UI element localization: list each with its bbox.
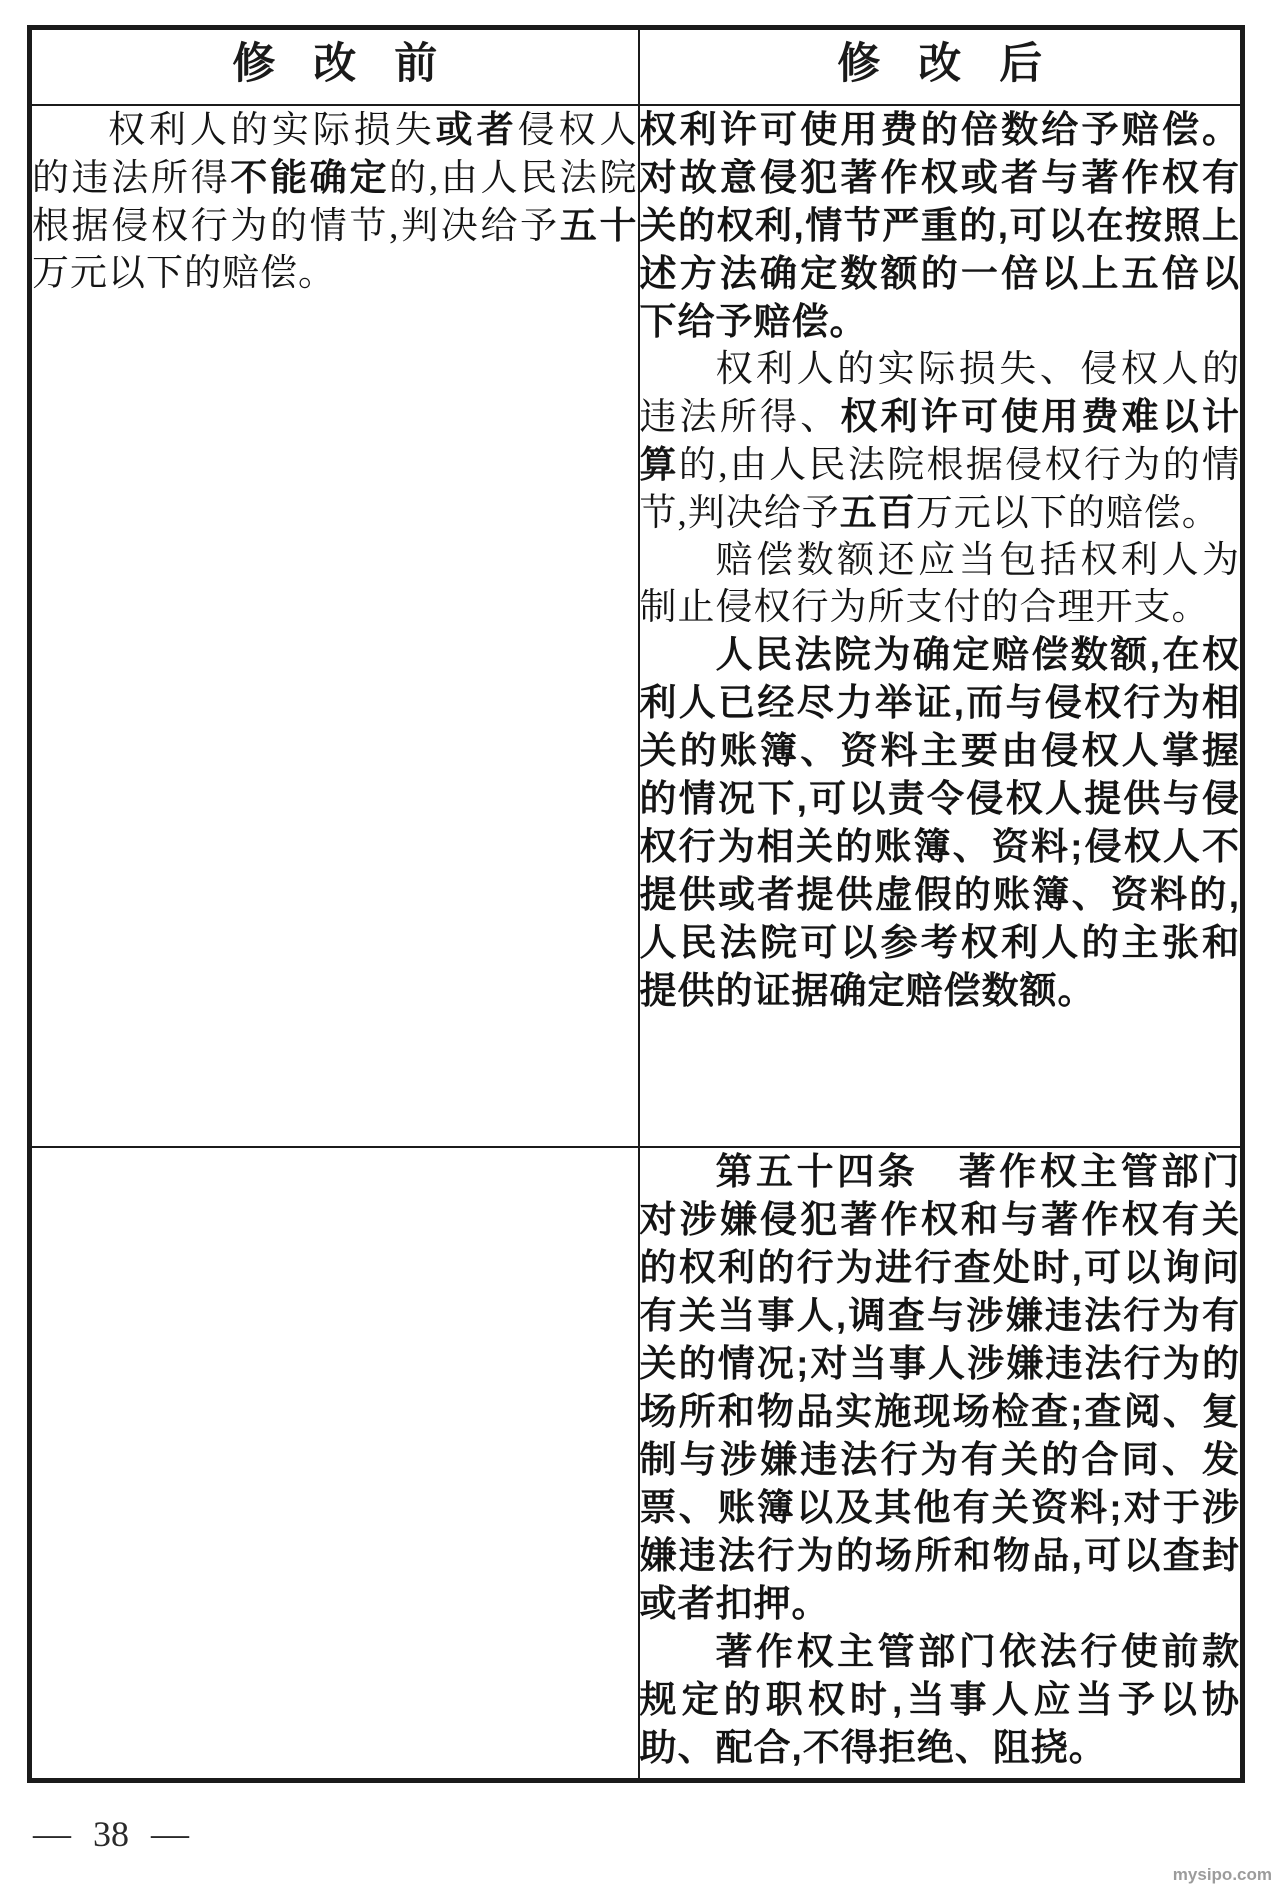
cell-after-row1: 权利许可使用费的倍数给予赔偿。对故意侵犯著作权或者与著作权有关的权利,情节严重的… bbox=[639, 105, 1243, 1147]
column-header-after-label: 修改后 bbox=[799, 40, 1080, 88]
watermark-text: mysipo.com bbox=[1173, 1865, 1272, 1885]
amendment-comparison-table: 修改前 修改后 权利人的实际损失或者侵权人的违法所得不能确定的,由人民法院根据侵… bbox=[27, 25, 1245, 1783]
paragraph: 赔偿数额还应当包括权利人为制止侵权行为所支付的合理开支。 bbox=[640, 537, 1241, 631]
paragraph: 权利人的实际损失或者侵权人的违法所得不能确定的,由人民法院根据侵权行为的情节,判… bbox=[32, 106, 638, 297]
page-number: 38 bbox=[93, 1813, 129, 1855]
table-row-1: 权利人的实际损失或者侵权人的违法所得不能确定的,由人民法院根据侵权行为的情节,判… bbox=[30, 105, 1243, 1147]
text-segment-bold: 人民法院为确定赔偿数额,在权利人已经尽力举证,而与侵权行为相关的账簿、资料主要由… bbox=[640, 634, 1241, 1011]
column-header-after: 修改后 bbox=[639, 28, 1243, 106]
footer-left-dash: — bbox=[33, 1812, 71, 1856]
text-segment-bold: 或者 bbox=[436, 109, 518, 150]
text-segment-bold: 五十 bbox=[560, 205, 638, 246]
cell-after-row2: 第五十四条 著作权主管部门对涉嫌侵犯著作权和与著作权有关的权利的行为进行查处时,… bbox=[639, 1147, 1243, 1781]
text-segment-bold: 权利许可使用费的倍数给予赔偿。对故意侵犯著作权或者与著作权有关的权利,情节严重的… bbox=[640, 109, 1241, 342]
text-segment-bold: 五百 bbox=[840, 492, 916, 533]
footer-right-dash: — bbox=[151, 1812, 189, 1856]
column-header-before: 修改前 bbox=[30, 28, 639, 106]
page-footer: — 38 — bbox=[33, 1812, 189, 1856]
paragraph: 著作权主管部门依法行使前款规定的职权时,当事人应当予以协助、配合,不得拒绝、阻挠… bbox=[640, 1628, 1241, 1772]
paragraph: 权利许可使用费的倍数给予赔偿。对故意侵犯著作权或者与著作权有关的权利,情节严重的… bbox=[640, 106, 1241, 346]
paragraph: 权利人的实际损失、侵权人的违法所得、权利许可使用费难以计算的,由人民法院根据侵权… bbox=[640, 346, 1241, 537]
text-segment: 赔偿数额还应当包括权利人为制止侵权行为所支付的合理开支。 bbox=[640, 540, 1241, 628]
text-segment-bold: 著作权主管部门依法行使前款规定的职权时,当事人应当予以协助、配合,不得拒绝、阻挠… bbox=[640, 1631, 1241, 1768]
text-segment: 权利人的实际损失 bbox=[108, 110, 436, 151]
scanned-document-page: 修改前 修改后 权利人的实际损失或者侵权人的违法所得不能确定的,由人民法院根据侵… bbox=[0, 0, 1278, 1889]
text-segment: 万元以下的赔偿。 bbox=[32, 253, 336, 294]
cell-before-row2-empty bbox=[30, 1147, 639, 1781]
cell-before-row1: 权利人的实际损失或者侵权人的违法所得不能确定的,由人民法院根据侵权行为的情节,判… bbox=[30, 105, 639, 1147]
text-segment-bold: 第五十四条 著作权主管部门对涉嫌侵犯著作权和与著作权有关的权利的行为进行查处时,… bbox=[640, 1151, 1241, 1624]
table-row-2: 第五十四条 著作权主管部门对涉嫌侵犯著作权和与著作权有关的权利的行为进行查处时,… bbox=[30, 1147, 1243, 1781]
text-segment: 万元以下的赔偿。 bbox=[916, 493, 1220, 534]
header-row: 修改前 修改后 bbox=[30, 28, 1243, 106]
column-header-before-label: 修改前 bbox=[194, 40, 475, 88]
paragraph-article-54: 第五十四条 著作权主管部门对涉嫌侵犯著作权和与著作权有关的权利的行为进行查处时,… bbox=[640, 1148, 1241, 1628]
paragraph: 人民法院为确定赔偿数额,在权利人已经尽力举证,而与侵权行为相关的账簿、资料主要由… bbox=[640, 631, 1241, 1015]
text-segment-bold: 不能确定 bbox=[230, 157, 389, 198]
